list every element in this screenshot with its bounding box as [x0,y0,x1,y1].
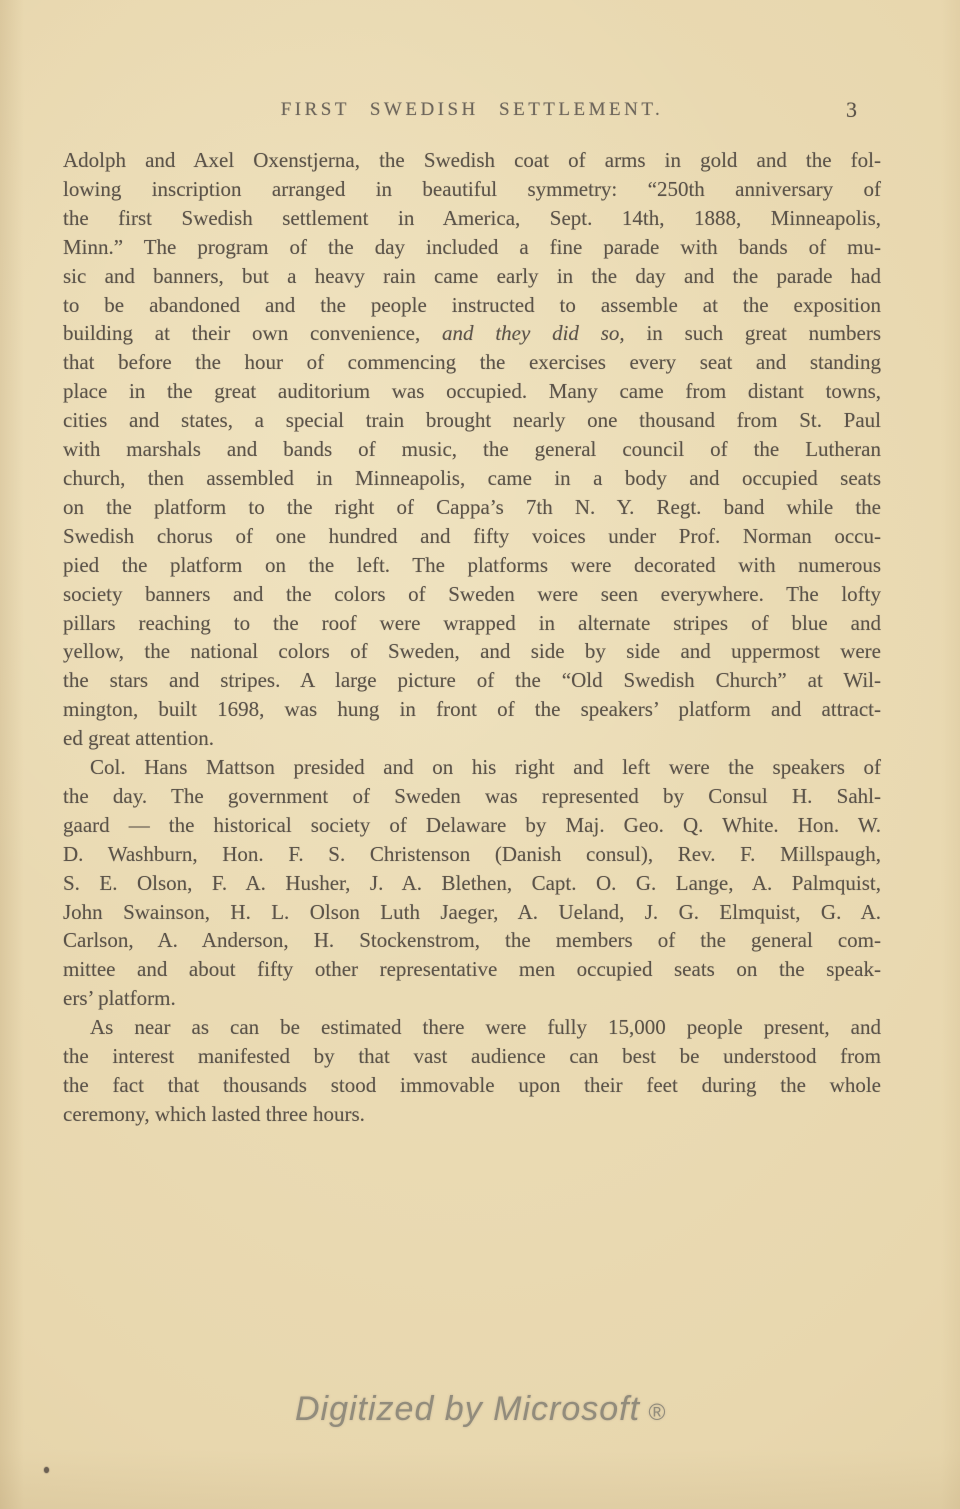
text-line: Minn.” The program of the day included a… [63,233,881,262]
paragraph: As near as can be estimated there were f… [63,1013,881,1129]
text-line: on the platform to the right of Cappa’s … [63,493,881,522]
text-line: society banners and the colors of Sweden… [63,580,881,609]
text-line: Swedish chorus of one hundred and fifty … [63,522,881,551]
text-line: the first Swedish settlement in America,… [63,204,881,233]
text-line: Col. Hans Mattson presided and on his ri… [63,753,881,782]
text-line: building at their own convenience, and t… [63,319,881,348]
page-title: FIRST SWEDISH SETTLEMENT. [63,99,881,121]
page-number: 3 [846,97,857,123]
text-line: ed great attention. [63,724,881,753]
text-line: to be abandoned and the people instructe… [63,291,881,320]
running-header: FIRST SWEDISH SETTLEMENT. 3 [63,99,881,129]
ink-speck [44,1467,49,1473]
watermark: Digitized by Microsoft® [0,1390,960,1429]
text-line: ers’ platform. [63,984,881,1013]
text-line: the stars and stripes. A large picture o… [63,666,881,695]
text-line: S. E. Olson, F. A. Husher, J. A. Blethen… [63,869,881,898]
text-line: with marshals and bands of music, the ge… [63,435,881,464]
paragraph: Col. Hans Mattson presided and on his ri… [63,753,881,1013]
text-line: place in the great auditorium was occupi… [63,377,881,406]
watermark-text: Digitized by Microsoft [295,1390,640,1428]
text-line: lowing inscription arranged in beautiful… [63,175,881,204]
text-block: Adolph and Axel Oxenstjerna, the Swedish… [63,146,881,1129]
text-line: pied the platform on the left. The platf… [63,551,881,580]
text-line: the interest manifested by that vast aud… [63,1042,881,1071]
text-line: cities and states, a special train broug… [63,406,881,435]
text-line: Carlson, A. Anderson, H. Stockenstrom, t… [63,926,881,955]
text-line: the fact that thousands stood immovable … [63,1071,881,1100]
text-line: church, then assembled in Minneapolis, c… [63,464,881,493]
text-line: yellow, the national colors of Sweden, a… [63,637,881,666]
text-line: As near as can be estimated there were f… [63,1013,881,1042]
text-line: pillars reaching to the roof were wrappe… [63,609,881,638]
scanned-book-page: { "document": { "header": { "title": "FI… [0,0,960,1509]
text-line: D. Washburn, Hon. F. S. Christenson (Dan… [63,840,881,869]
text-line: mington, built 1698, was hung in front o… [63,695,881,724]
text-line: that before the hour of commencing the e… [63,348,881,377]
paragraph: Adolph and Axel Oxenstjerna, the Swedish… [63,146,881,753]
text-line: gaard — the historical society of Delawa… [63,811,881,840]
text-line: ceremony, which lasted three hours. [63,1100,881,1129]
text-line: the day. The government of Sweden was re… [63,782,881,811]
text-line: mittee and about fifty other representat… [63,955,881,984]
text-line: Adolph and Axel Oxenstjerna, the Swedish… [63,146,881,175]
text-line: sic and banners, but a heavy rain came e… [63,262,881,291]
text-line: John Swainson, H. L. Olson Luth Jaeger, … [63,898,881,927]
registered-trademark-icon: ® [648,1399,665,1425]
